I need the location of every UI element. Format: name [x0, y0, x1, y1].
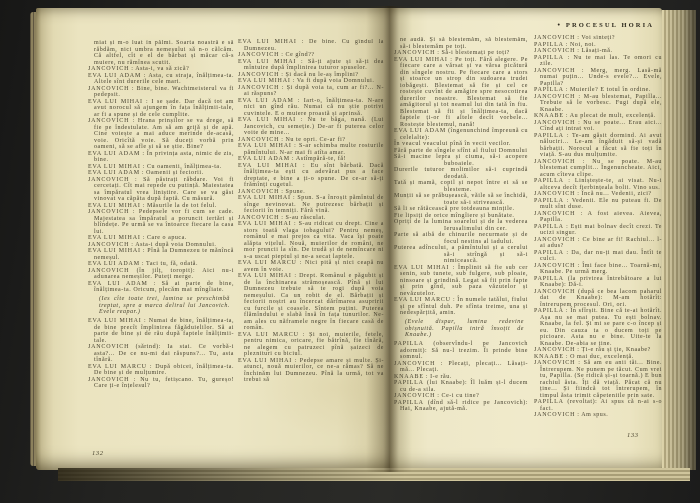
speaker-name: JANCOVICH: [534, 120, 575, 126]
dialogue-line: JANCOVICH : Pedepsele vor fi cum se cade…: [88, 209, 234, 235]
speaker-name: JANCOVICH: [238, 189, 279, 195]
speaker-name: JANCOVICH: [534, 159, 575, 165]
speaker-name: EVA LUI MIHAI: [88, 99, 143, 105]
speaker-name: JANCOVICH: [88, 118, 129, 124]
speaker-name: EVA LUI ADAM: [88, 281, 148, 287]
dialogue-line: EVA LUI ADAM : Să ai parte de bine, înăl…: [88, 281, 234, 294]
dialogue-line: EVA LUI MIHAI : Nu te băga, nană. (Lui J…: [238, 117, 384, 137]
speaker-name: JANCOVICH: [534, 360, 575, 366]
continuation-text: miat și m-o luat în pălmi. Soarta noastr…: [88, 40, 234, 66]
dialogue-line: EVA LUI MARCU : În numele tatălui, fiulu…: [394, 297, 528, 317]
dialogue-line: EVA LUI MIHAI : Pînă la Dumnezeu te mănî…: [88, 248, 234, 261]
speaker-name: PAPILLA: [534, 250, 564, 256]
dialogue-line: JANCOVICH : Plecați, plecați... Lăsați-m…: [394, 361, 528, 374]
speaker-name: JANCOVICH: [534, 263, 575, 269]
speaker-name: EVA LUI ADAM: [238, 98, 294, 104]
speaker-name: EVA LUI MIHAI: [88, 248, 141, 254]
right-page-column-2: JANCOVICH : Voi sînteți?PAPILLA : Noi, n…: [534, 35, 662, 437]
speaker-name: PAPILLA: [534, 133, 564, 139]
dialogue-line: EVA LUI MIHAI : S-ar schimba multe rostu…: [238, 143, 384, 156]
dialogue-line: PAPILLA : Te-am găsit dormind. Ai avut n…: [534, 133, 662, 159]
speaker-name: JANCOVICH: [534, 289, 575, 295]
speaker-name: EVA LUI MIHAI: [88, 203, 141, 209]
speaker-name: PAPILLA: [534, 198, 564, 204]
speaker-name: EVA LUI MIHAI: [238, 195, 291, 201]
fore-edge-page-stack: [662, 10, 696, 470]
stage-direction: (Ies cîte toate trei, lumina se preschim…: [88, 295, 234, 317]
speaker-name: EVA LUI ADAM: [88, 170, 140, 176]
dialogue-line: JANCOVICH : Nu se poate... Erau aici... …: [534, 120, 662, 133]
right-page-number: 133: [627, 432, 639, 439]
dialogue-line: EVA LUI MIHAI : Pedepse amare și multe. …: [238, 358, 384, 384]
dialogue-line: JANCOVICH : Merg, merg. Lasă-mă numai pu…: [534, 68, 662, 88]
dialogue-line: PAPILLA : În sfîrșit. Bine că te-ai hotă…: [534, 308, 662, 347]
speaker-name: JANCOVICH: [238, 72, 279, 78]
dialogue-line: EVA LUI MARCU : Nici pită și nici ceapă …: [238, 260, 384, 273]
verse-line: În veacul veacului pînă în vecii vecilor…: [394, 141, 528, 148]
verse-line: Puterea adîncului, a pămîntului și a cer…: [394, 245, 528, 265]
dialogue-line: EVA LUI ADAM : În privința asta, nimic d…: [88, 151, 234, 164]
dialogue-line: PAPILLA (la privirea întrebătoare a lui …: [534, 276, 662, 289]
dialogue-line: JANCOVICH (după ce bea lacom paharul dat…: [534, 289, 662, 309]
speaker-name: JANCOVICH: [88, 66, 129, 72]
speaker-name: EVA LUI MARCU: [88, 364, 147, 370]
speaker-name: PAPILLA: [534, 178, 564, 184]
speaker-name: EVA LUI MIHAI: [238, 221, 291, 227]
dialogue-line: EVA LUI MIHAI : Drept. Românul e păgubit…: [238, 273, 384, 332]
dialogue-line: JANCOVICH : Bine, bine. Wachtmeisterul v…: [88, 86, 234, 99]
speaker-name: EVA LUI MIHAI: [238, 358, 292, 364]
header-bullet-icon: •: [557, 21, 559, 29]
speaker-name: EVA LUI MIHAI: [238, 78, 291, 84]
right-page-column-1: ne audă. Și să blestemăm, să blestemăm, …: [394, 37, 528, 445]
verse-line: Să li se rătăcească pre totdeauna mințil…: [394, 206, 528, 213]
speaker-name: KNAABE: [394, 374, 424, 380]
speaker-name: PAPILLA: [534, 42, 564, 48]
speaker-name: EVA LUI MIHAI: [238, 163, 298, 169]
dialogue-line: PAPILLA : Ești mai bolnav decît crezi. T…: [534, 224, 662, 237]
speaker-name: EVA LUI MARCU: [238, 260, 297, 266]
left-page-column-2: EVA LUI MIHAI : De bine. Cu gîndul la Du…: [238, 39, 384, 441]
dialogue-line: PAPILLA (revoltat): Ai spus că n-ai s-o …: [534, 399, 662, 412]
dialogue-line: JANCOVICH : Și după voia ta, cum ar fi?.…: [238, 85, 384, 98]
dialogue-line: PAPILLA : Nu te mai las. Te omori cu zil…: [534, 55, 662, 68]
continuation-text: ne audă. Și să blestemăm, să blestemăm, …: [394, 37, 528, 50]
speaker-name: PAPILLA: [534, 276, 564, 282]
dialogue-line: EVA LUI ADAM : Iart-o, înălțimea-ta. N-a…: [238, 98, 384, 118]
left-page-column-1: miat și m-o luat în pălmi. Soarta noastr…: [88, 40, 234, 442]
dialogue-line: JANCOVICH (în jilț, toropit): Aici nu-i …: [88, 268, 234, 281]
speaker-name: JANCOVICH: [88, 177, 129, 183]
dialogue-line: PAPILLA : Liniștește-te, ai visat. Nu-i …: [534, 178, 662, 191]
speaker-name: JANCOVICH: [394, 393, 435, 399]
dialogue-line: JANCOVICH : Am spus.: [534, 412, 662, 419]
speaker-name: JANCOVICH: [88, 86, 129, 92]
speaker-name: PAPILLA: [394, 341, 424, 347]
dialogue-line: EVA LUI MIHAI : Eu sînt bărbată. Dacă în…: [238, 163, 384, 189]
dialogue-line: JANCOVICH : Îmi face bine... Toarnă-mi, …: [534, 263, 662, 276]
dialogue-line: JANCOVICH (sărind): Ia stai. Ce vorbă-i …: [88, 344, 234, 364]
speaker-name: JANCOVICH: [394, 50, 435, 56]
dialogue-line: EVA LUI MIHAI : Pe toți. Fără alegere. P…: [394, 57, 528, 129]
speaker-name: JANCOVICH: [88, 344, 129, 350]
speaker-name: JANCOVICH: [534, 211, 575, 217]
speaker-name: JANCOVICH: [534, 68, 575, 74]
speaker-name: JANCOVICH: [88, 268, 129, 274]
speaker-name: EVA LUI MIHAI: [88, 318, 142, 324]
header-title: PROCESUL HORIA: [566, 22, 654, 29]
speaker-name: EVA LUI ADAM: [88, 261, 140, 267]
dialogue-line: EVA LUI MIHAI : I se șade. Dar dacă tot …: [88, 99, 234, 119]
speaker-name: JANCOVICH: [534, 237, 575, 243]
speaker-name: JANCOVICH: [534, 35, 575, 41]
dialogue-line: PAPILLA (lui Knaabe): Îl luăm și-l ducem…: [394, 380, 528, 393]
speaker-name: EVA LUI MARCU: [394, 297, 451, 303]
verse-line: Să-i macine lepra și ciuma, să-i acopere…: [394, 154, 528, 167]
speaker-name: EVA LUI ADAM: [88, 73, 141, 79]
speaker-name: KNAABE: [534, 354, 564, 360]
speaker-name: EVA LUI MIHAI: [238, 143, 292, 149]
dialogue-line: EVA LUI MIHAI : Numai de bine, înălțimea…: [88, 318, 234, 344]
dialogue-line: PAPILLA : Vedenii. Ele nu puteau fi. De …: [534, 198, 662, 211]
speaker-name: JANCOVICH: [238, 215, 279, 221]
speaker-name: EVA LUI MIHAI: [238, 117, 296, 123]
dialogue-line: JANCOVICH : Nu tu, fetișcano. Tu, gureșo…: [88, 377, 234, 390]
dialogue-line: JANCOVICH : Hrana prinșilor se va drege,…: [88, 118, 234, 151]
speaker-name: JANCOVICH: [534, 347, 575, 353]
speaker-name: JANCOVICH: [88, 209, 129, 215]
verse-line: Munții să se prăbușească, văile să se în…: [394, 193, 528, 206]
dialogue-line: JANCOVICH : Să am eu anii tăi... Bine. Î…: [534, 360, 662, 399]
dialogue-line: EVA LUI MIHAI : Să-ți ajute și să-ți dea…: [238, 59, 384, 72]
speaker-name: PAPILLA: [534, 87, 564, 93]
speaker-name: EVA LUI MIHAI: [238, 273, 292, 279]
speaker-name: EVA LUI MIHAI: [394, 265, 449, 271]
speaker-name: PAPILLA: [534, 399, 564, 405]
speaker-name: JANCOVICH: [88, 242, 129, 248]
dialogue-line: JANCOVICH : Ce bine ar fi! Rachiul... l-…: [534, 237, 662, 250]
speaker-name: PAPILLA: [394, 400, 424, 406]
speaker-name: JANCOVICH: [534, 412, 575, 418]
speaker-name: PAPILLA: [534, 55, 564, 61]
speaker-name: EVA LUI MIHAI: [88, 164, 141, 170]
speaker-name: EVA LUI MIHAI: [238, 59, 296, 65]
verse-line: Opriți de la lumina soarelui și de la ve…: [394, 219, 528, 232]
speaker-name: KNAABE: [534, 113, 564, 119]
speaker-name: JANCOVICH: [534, 94, 575, 100]
dialogue-line: EVA LUI MARCU : După obicei, înălțimea-t…: [88, 364, 234, 377]
dialogue-line: EVA LUI MARCU : Și noi, muierile, fetele…: [238, 332, 384, 358]
speaker-name: PAPILLA: [394, 380, 424, 386]
speaker-name: PAPILLA: [534, 308, 564, 314]
speaker-name: JANCOVICH: [238, 52, 279, 58]
dialogue-line: EVA LUI MIHAI : Spun. S-a înroșit pămînt…: [238, 195, 384, 215]
dialogue-line: EVA LUI MIHAI : De bine. Cu gîndul la Du…: [238, 39, 384, 52]
dialogue-line: EVA LUI MIHAI : Împlinit să fie sub cer …: [394, 265, 528, 298]
speaker-name: JANCOVICH: [534, 48, 575, 54]
speaker-name: JANCOVICH: [534, 191, 575, 197]
left-page-number: 132: [92, 450, 104, 457]
speaker-name: JANCOVICH: [88, 377, 129, 383]
verse-line: Parte să aibă de chinurile necurmate și …: [394, 232, 528, 245]
running-header: •PROCESUL HORIA: [490, 21, 654, 29]
dialogue-line: PAPILLA (observîndu-l pe Jancovich adorm…: [394, 341, 528, 361]
dialogue-line: EVA LUI ADAM (îngenunchind împreună cu c…: [394, 128, 528, 141]
verse-line: Durerile tuturor molimilor să-i cuprindă…: [394, 167, 528, 180]
speaker-name: JANCOVICH: [238, 137, 279, 143]
open-book-photo: •PROCESUL HORIA miat și m-o luat în pălm…: [0, 0, 700, 503]
speaker-name: EVA LUI MIHAI: [88, 235, 141, 241]
bottom-page-stack: [58, 468, 690, 481]
dialogue-line: JANCOVICH : Nu se poate. M-au blestemat …: [534, 159, 662, 179]
speaker-name: EVA LUI ADAM: [88, 151, 140, 157]
speaker-name: EVA LUI MIHAI: [394, 57, 448, 63]
stage-direction: (Evele dispar, lumina redevine obișnuită…: [394, 318, 528, 340]
speaker-name: JANCOVICH: [394, 361, 435, 367]
speaker-name: EVA LUI MIHAI: [238, 39, 297, 45]
speaker-name: PAPILLA: [534, 224, 564, 230]
dialogue-line: EVA LUI ADAM : Asta, cu straja, înălțime…: [88, 73, 234, 86]
speaker-name: EVA LUI MARCU: [238, 332, 299, 338]
dialogue-line: PAPILLA : Da, dar nu-ți mai dau. Întîi t…: [534, 250, 662, 263]
speaker-name: EVA LUI ADAM: [238, 156, 290, 162]
dialogue-line: JANCOVICH : Să păstrați răbdare. Voi fi …: [88, 177, 234, 203]
speaker-name: EVA LUI ADAM: [394, 128, 446, 134]
dialogue-line: PAPILLA (dînd să-l ridice pe Jancovich):…: [394, 400, 528, 413]
dialogue-line: JANCOVICH : M-au blestemat, Papilla... T…: [534, 94, 662, 114]
dialogue-line: EVA LUI MIHAI : S-au ridicat cu drept. C…: [238, 221, 384, 260]
verse-line: Tată și mamă, copil și nepot între ei să…: [394, 180, 528, 193]
dialogue-line: JANCOVICH : A fost aievea. Aievea, Papil…: [534, 211, 662, 224]
speaker-name: JANCOVICH: [238, 85, 279, 91]
